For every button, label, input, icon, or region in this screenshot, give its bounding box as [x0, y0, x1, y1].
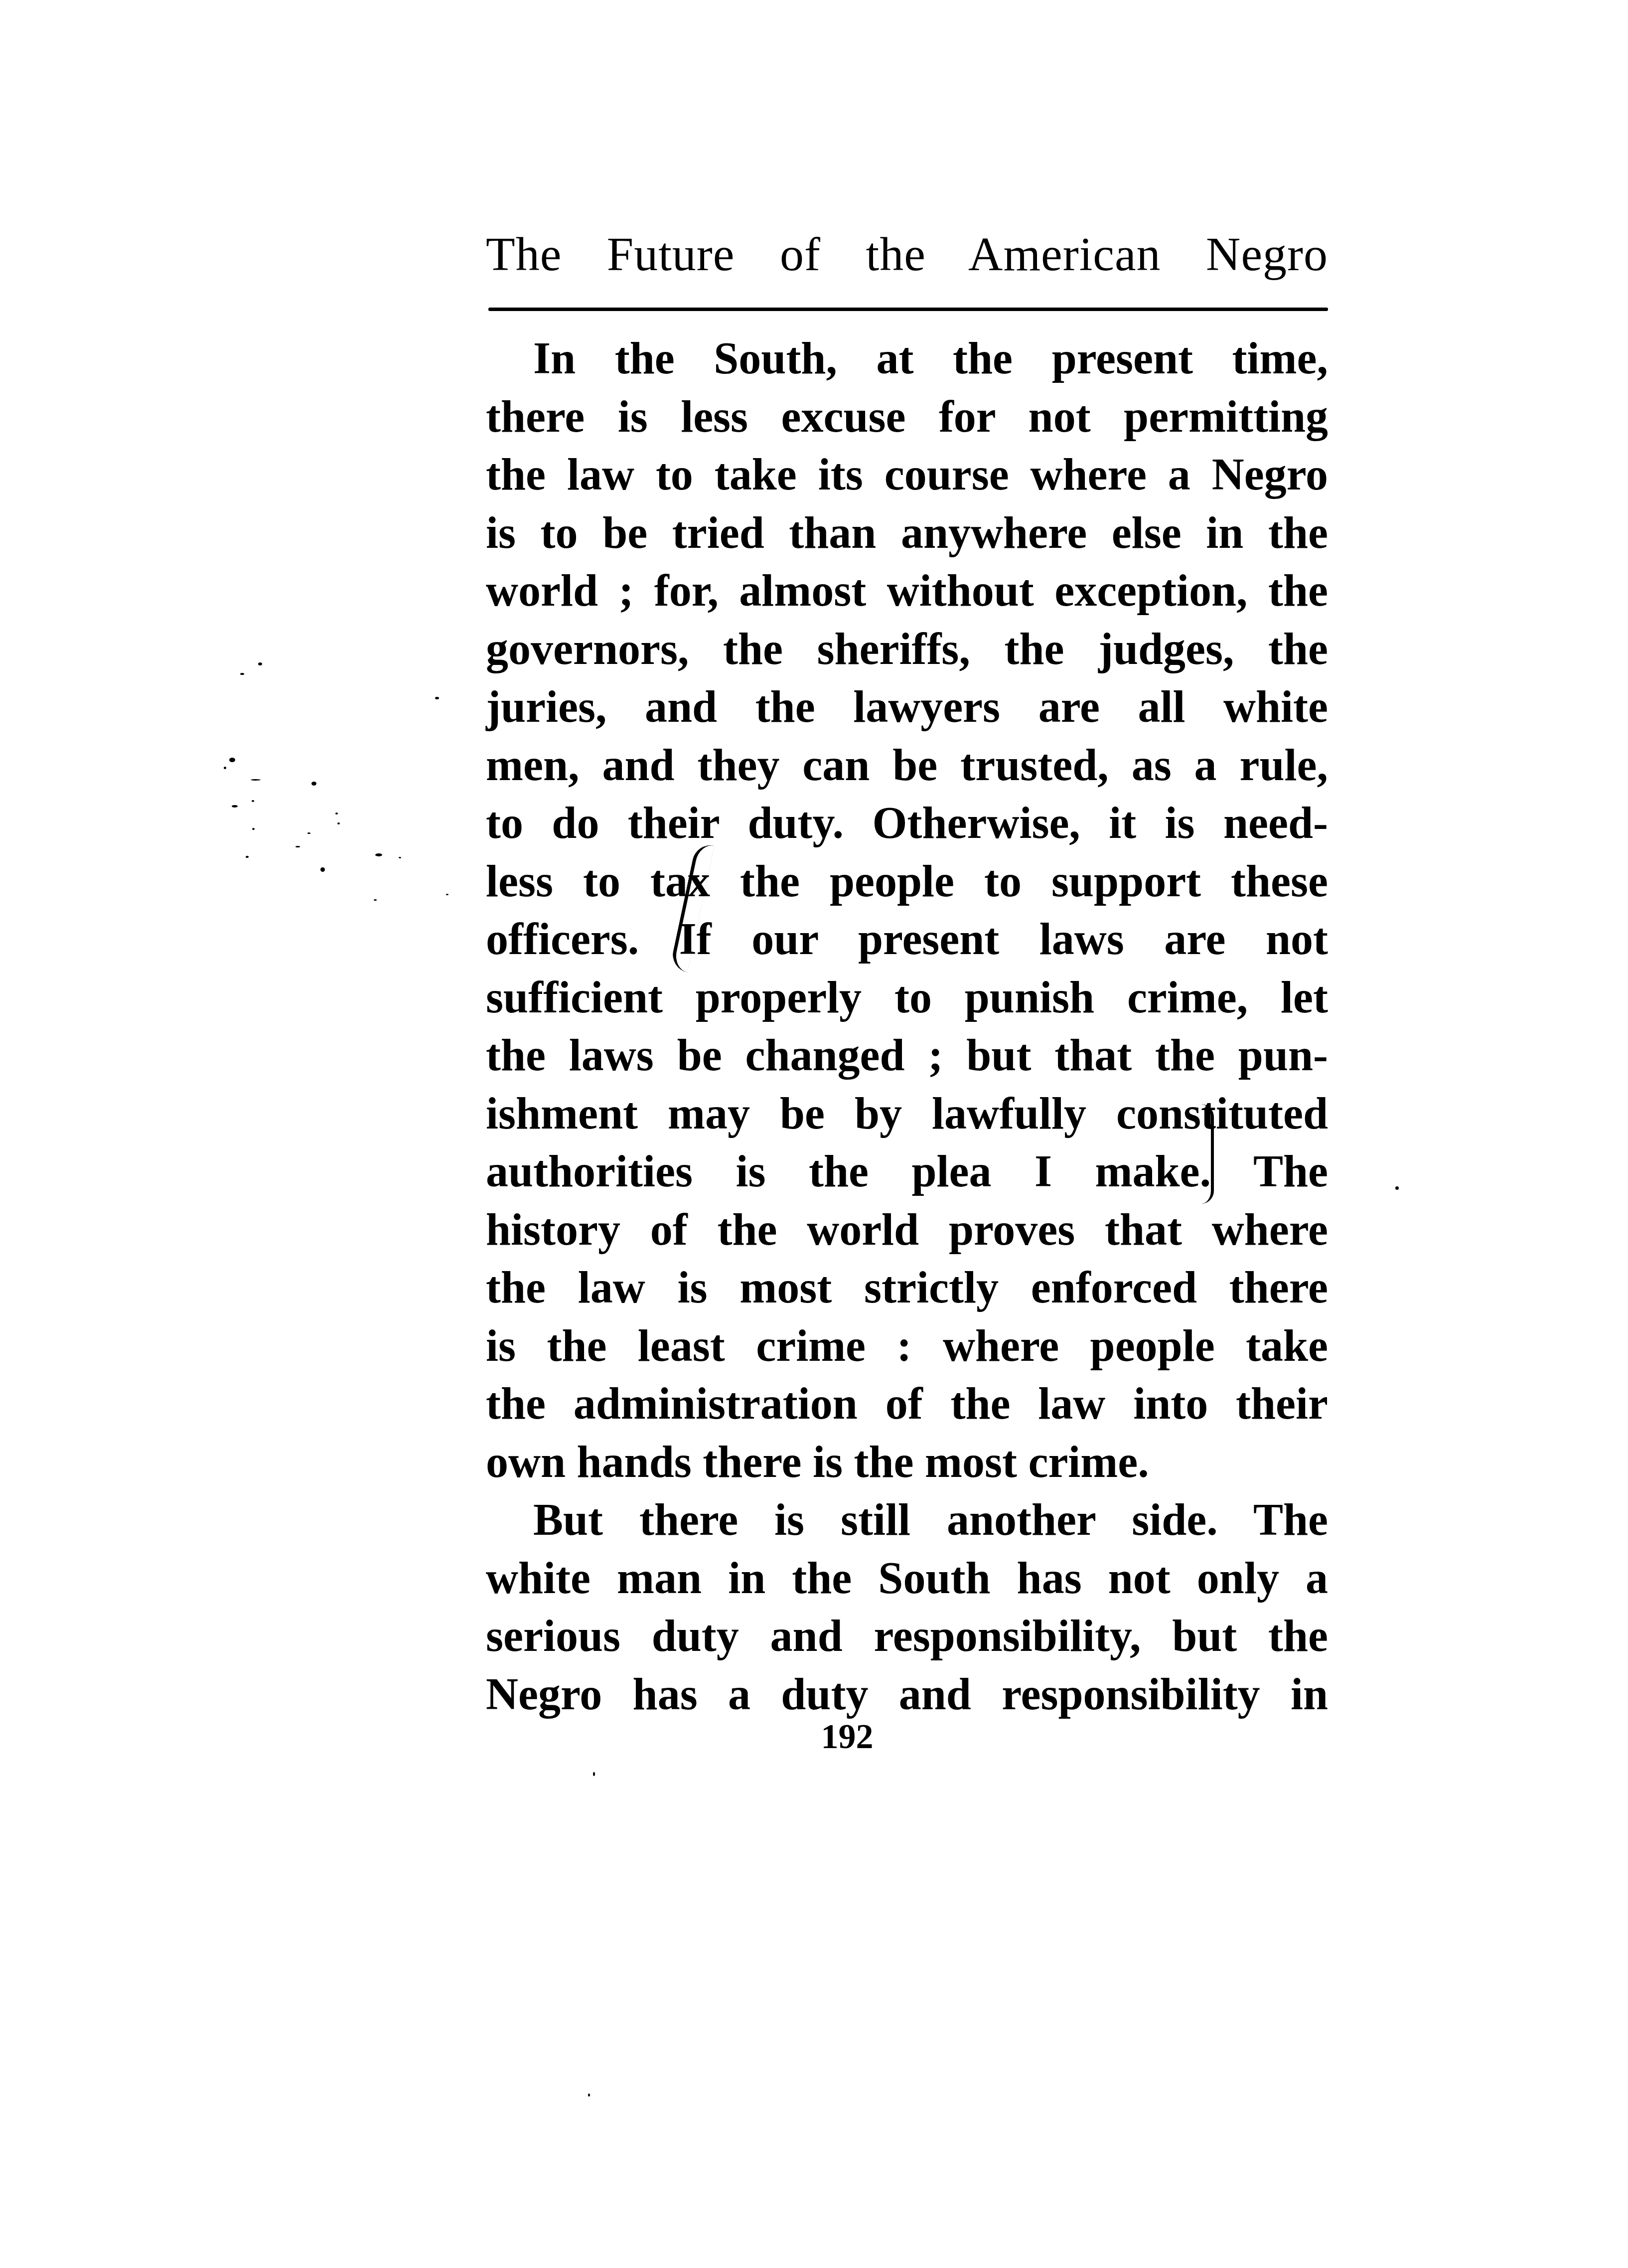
- text-line: is to be tried than anywhere else in the: [486, 504, 1328, 563]
- scan-speck: [1395, 1186, 1399, 1190]
- text-line: the law to take its course where a Negro: [486, 446, 1328, 504]
- scan-speck: [232, 805, 238, 808]
- text-line: juries, and the lawyers are all white: [486, 678, 1328, 737]
- scan-speck: [251, 779, 261, 781]
- text-line: the laws be changed ; but that the pun-: [486, 1027, 1328, 1085]
- pencil-bracket-close: [1201, 1104, 1214, 1204]
- scan-speck: [258, 662, 262, 665]
- text-line: to do their duty. Otherwise, it is need-: [486, 795, 1328, 853]
- text-line: men, and they can be trusted, as a rule,: [486, 737, 1328, 795]
- scan-speck: [374, 899, 377, 901]
- header-rule: [488, 308, 1328, 311]
- scan-speck: [588, 2094, 590, 2097]
- text-line: history of the world proves that where: [486, 1201, 1328, 1260]
- running-head: The Future of the American Negro: [486, 222, 1328, 287]
- text-line: the law is most strictly enforced there: [486, 1259, 1328, 1317]
- text-line: world ; for, almost without exception, t…: [486, 562, 1328, 621]
- scan-speck: [229, 758, 235, 762]
- scan-speck: [435, 697, 439, 699]
- text-line: Negro has a duty and responsibility in: [486, 1666, 1328, 1724]
- text-line: officers. If our present laws are not: [486, 911, 1328, 969]
- text-line: own hands there is the most crime.: [486, 1434, 1328, 1492]
- text-line: white man in the South has not only a: [486, 1550, 1328, 1608]
- scan-speck: [399, 857, 401, 858]
- scan-speck: [311, 782, 316, 786]
- scan-speck: [375, 853, 382, 856]
- text-line: In the South, at the present time,: [486, 330, 1328, 388]
- scan-speck: [296, 846, 300, 847]
- body-text: In the South, at the present time, there…: [486, 330, 1328, 1724]
- text-line: the administration of the law into their: [486, 1375, 1328, 1434]
- scan-speck: [252, 800, 254, 802]
- scan-speck: [335, 812, 338, 814]
- book-page: The Future of the American Negro In the …: [0, 0, 1628, 2268]
- text-line: But there is still another side. The: [486, 1491, 1328, 1550]
- scan-speck: [252, 828, 255, 830]
- scan-speck: [240, 673, 244, 675]
- scan-speck: [593, 1772, 595, 1776]
- text-line: serious duty and responsibility, but the: [486, 1608, 1328, 1666]
- text-line: there is less excuse for not permitting: [486, 388, 1328, 447]
- scan-speck: [307, 832, 310, 834]
- text-line: governors, the sheriffs, the judges, the: [486, 621, 1328, 679]
- text-line: is the least crime : where people take: [486, 1317, 1328, 1376]
- scan-speck: [320, 867, 325, 872]
- page-number: 192: [797, 1717, 897, 1757]
- scan-speck: [337, 822, 340, 824]
- scan-speck: [246, 856, 249, 858]
- scan-speck: [446, 894, 448, 895]
- scan-speck: [224, 767, 226, 769]
- text-line: sufficient properly to punish crime, let: [486, 969, 1328, 1027]
- text-line: less to tax the people to support these: [486, 853, 1328, 911]
